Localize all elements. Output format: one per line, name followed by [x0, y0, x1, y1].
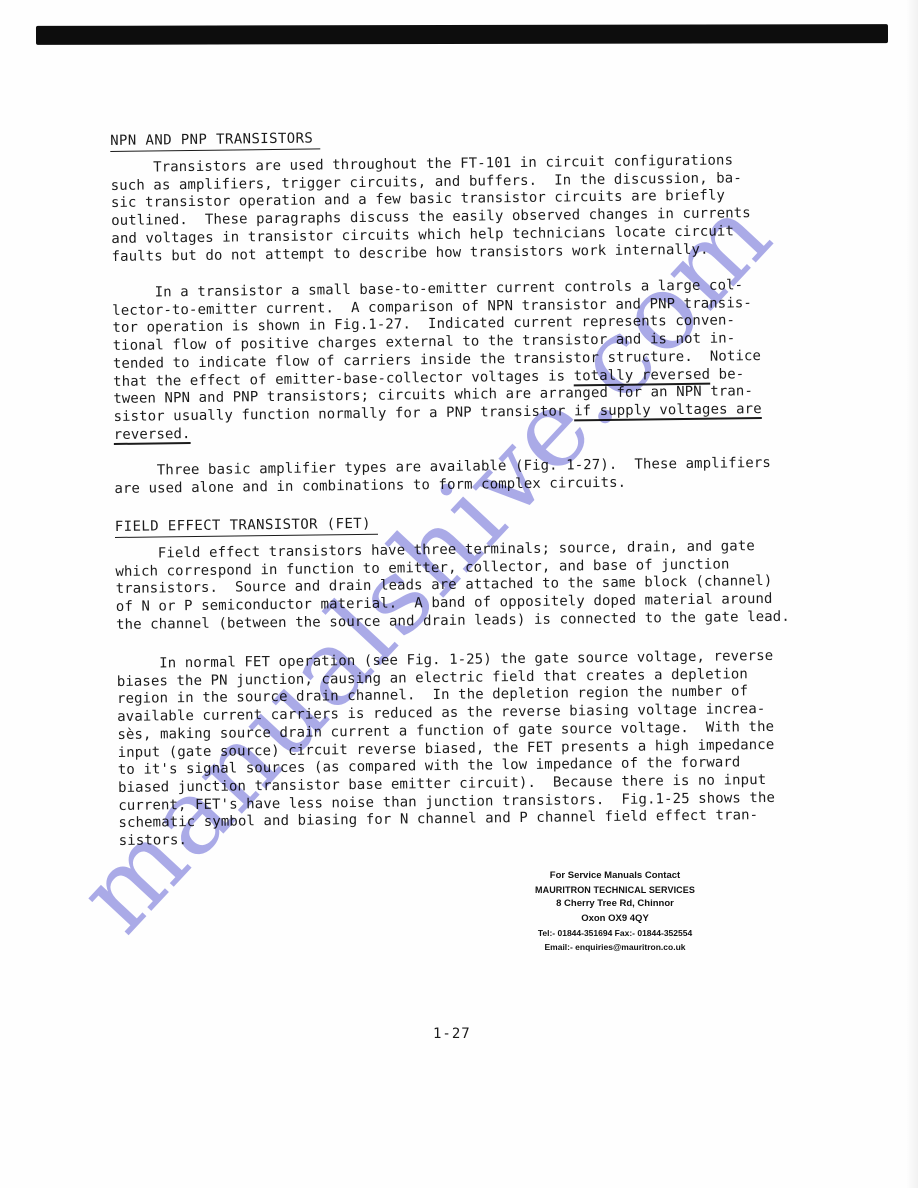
- stamp-line-contact: For Service Manuals Contact: [517, 869, 713, 883]
- stamp-line-address2: Oxon OX9 4QY: [517, 912, 713, 926]
- document-text: NPN AND PNP TRANSISTORS Transistors are …: [110, 118, 819, 866]
- paragraph: Transistors are used throughout the FT-1…: [110, 152, 751, 266]
- paragraph: Three basic amplifier types are availabl…: [114, 455, 771, 498]
- service-stamp: For Service Manuals Contact MAURITRON TE…: [517, 869, 713, 954]
- paragraph: In normal FET operation (see Fig. 1-25) …: [116, 648, 775, 851]
- section-heading: FIELD EFFECT TRANSISTOR (FET): [115, 516, 378, 535]
- paragraph: Field effect transistors have three term…: [115, 538, 790, 635]
- stamp-line-address1: 8 Cherry Tree Rd, Chinnor: [517, 897, 713, 911]
- stamp-line-phone: Tel:- 01844-351694 Fax:- 01844-352554: [517, 926, 713, 940]
- stamp-line-email: Email:- enquiries@mauritron.co.uk: [517, 940, 713, 954]
- text-segment: be-: [710, 366, 744, 382]
- paragraph: In a transistor a small base-to-emitter …: [112, 277, 762, 444]
- stamp-line-company: MAURITRON TECHNICAL SERVICES: [517, 883, 713, 897]
- scan-edge-shadow: [906, 0, 918, 1188]
- section-heading: NPN AND PNP TRANSISTORS: [110, 130, 320, 149]
- underlined-text: totally reversed: [574, 366, 711, 384]
- underlined-text: reversed.: [114, 426, 191, 443]
- scan-artifact-bar: [36, 24, 888, 45]
- section-heading-text: FIELD EFFECT TRANSISTOR (FET): [115, 516, 378, 538]
- page-number: 1-27: [433, 1026, 471, 1042]
- underlined-text: if supply voltages are: [574, 401, 762, 419]
- section-heading-text: NPN AND PNP TRANSISTORS: [110, 130, 320, 152]
- scanned-page: NPN AND PNP TRANSISTORS Transistors are …: [0, 0, 918, 1188]
